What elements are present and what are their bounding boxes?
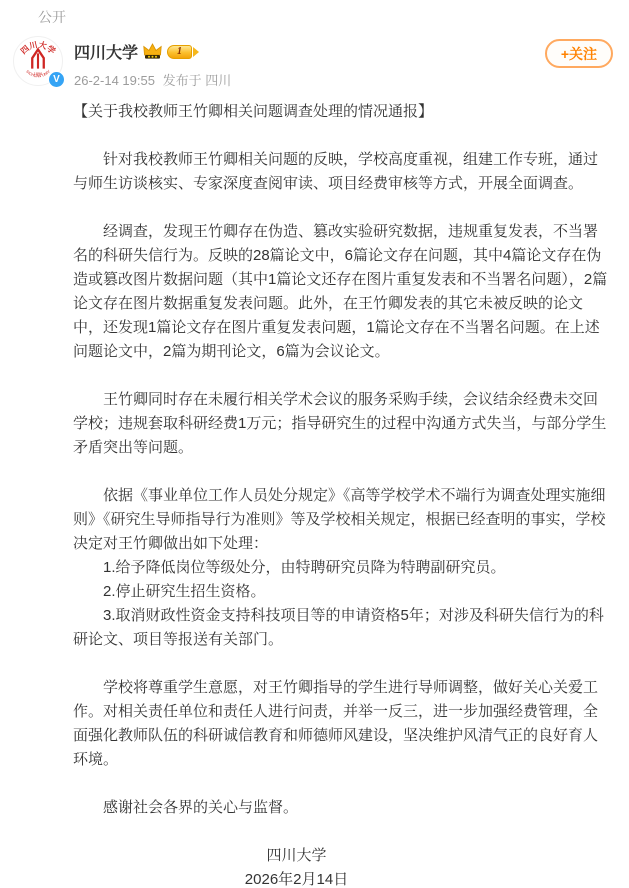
signature-name: 四川大学: [73, 844, 520, 868]
vip-level-badge[interactable]: 1: [167, 45, 199, 59]
post-time: 26-2-14 19:55: [74, 73, 155, 88]
follow-button[interactable]: +关注: [545, 39, 613, 68]
verified-v-icon: V: [48, 71, 65, 88]
vip-badge-tail-icon: [193, 47, 199, 57]
decision-item-2: 2.停止研究生招生资格。: [73, 580, 608, 604]
vip-level-number: 1: [167, 45, 192, 59]
post-meta: 26-2-14 19:55 发布于 四川: [74, 70, 545, 89]
decision-item-3: 3.取消财政性资金支持科技项目等的申请资格5年；对涉及科研失信行为的科研论文、项…: [73, 604, 608, 652]
post-header: 四川大学 SICHUAN UNIV 1896 V 四川大学: [0, 27, 629, 89]
visibility-label: 公开: [38, 9, 66, 25]
signature-date: 2026年2月14日: [73, 868, 520, 888]
crown-icon: [143, 43, 162, 60]
paragraph-findings: 经调查，发现王竹卿存在伪造、篡改实验研究数据，违规重复发表，不当署名的科研失信行…: [73, 220, 608, 364]
signature-block: 四川大学 2026年2月14日: [73, 844, 608, 888]
decision-item-1: 1.给予降低岗位等级处分，由特聘研究员降为特聘副研究员。: [73, 556, 608, 580]
post-title: 【关于我校教师王竹卿相关问题调查处理的情况通报】: [73, 100, 608, 124]
paragraph-investigation: 针对我校教师王竹卿相关问题的反映，学校高度重视，组建工作专班，通过与师生访谈核实…: [73, 148, 608, 196]
author-block: 四川大学 1 26-2-14 19:55 发布于 四川: [74, 36, 545, 89]
post-content: 【关于我校教师王竹卿相关问题调查处理的情况通报】 针对我校教师王竹卿相关问题的反…: [73, 100, 608, 888]
svg-text:1896: 1896: [34, 72, 43, 76]
paragraph-other-issues: 王竹卿同时存在未履行相关学术会议的服务采购手续，会议结余经费未交回学校；违规套取…: [73, 388, 608, 460]
visibility-bar: 公开: [0, 0, 629, 27]
author-name[interactable]: 四川大学: [74, 40, 138, 63]
avatar[interactable]: 四川大学 SICHUAN UNIV 1896 V: [13, 36, 63, 86]
post-source: 发布于 四川: [163, 73, 232, 88]
paragraph-closing: 感谢社会各界的关心与监督。: [73, 796, 608, 820]
paragraph-decision: 依据《事业单位工作人员处分规定》《高等学校学术不端行为调查处理实施细则》《研究生…: [73, 484, 608, 652]
decision-intro: 依据《事业单位工作人员处分规定》《高等学校学术不端行为调查处理实施细则》《研究生…: [73, 484, 608, 556]
paragraph-followup: 学校将尊重学生意愿，对王竹卿指导的学生进行导师调整，做好关心关爱工作。对相关责任…: [73, 676, 608, 772]
